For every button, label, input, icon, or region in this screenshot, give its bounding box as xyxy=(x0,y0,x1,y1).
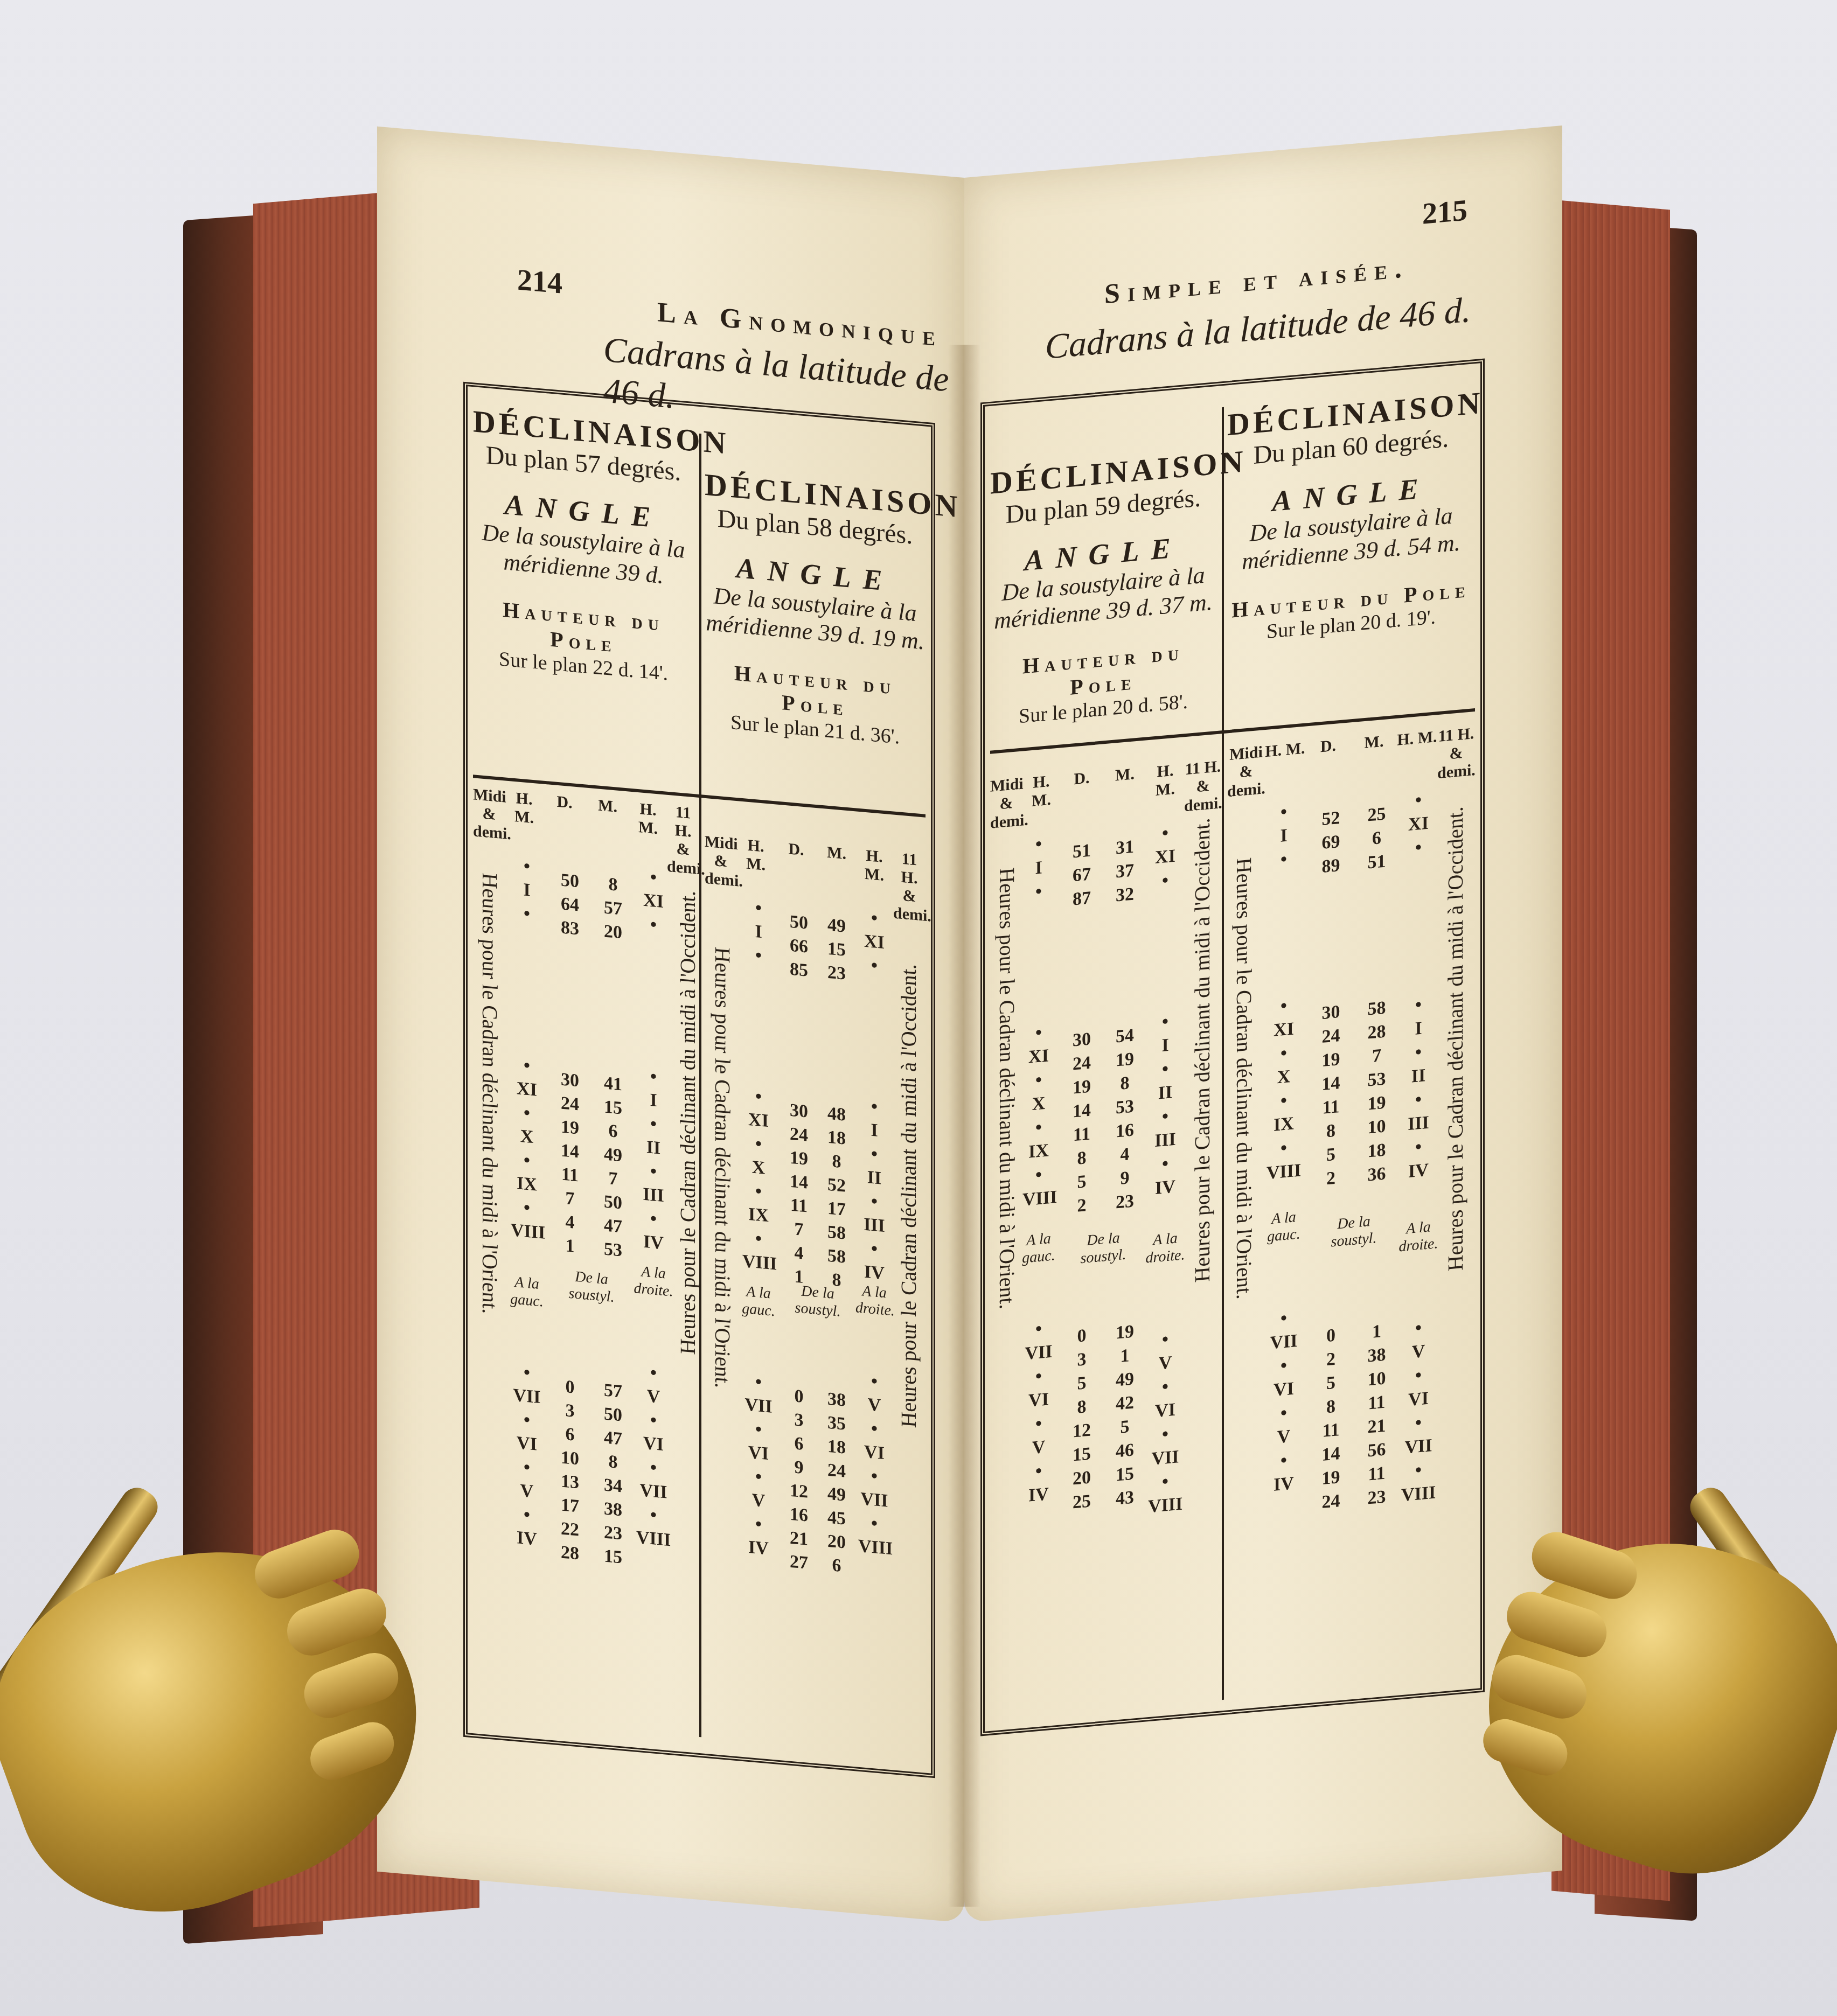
column-headers-58: Midi & demi. H. M. D. M. H. M. 11 H. & d… xyxy=(705,833,926,925)
hour-column: • I • xyxy=(1022,831,1055,905)
hour-column: • V • VI • VII • VIII xyxy=(635,1359,672,1552)
degrees-column: 0 3 6 10 13 17 22 28 xyxy=(548,1373,592,1567)
hour-column: • I • xyxy=(511,853,543,927)
hour-column: • V • VI • VII • VIII xyxy=(1146,1326,1184,1519)
hour-column: • I • II • III • IV xyxy=(1400,992,1437,1184)
side-label-occident: Heures pour le Cadran déclinant du midi … xyxy=(1443,806,1468,1272)
finger xyxy=(297,1646,405,1725)
sundial-table-right: DÉCLINAISON Du plan 59 degrés. ANGLE De … xyxy=(980,358,1485,1736)
minutes-column: 8 57 20 xyxy=(592,871,635,946)
hour-column: • XI • xyxy=(635,864,672,938)
hour-column: • I • II • III • IV xyxy=(1146,1008,1184,1201)
degrees-column: 0 3 5 8 12 15 20 25 xyxy=(1060,1322,1103,1516)
minutes-column: 54 19 8 53 16 4 9 23 xyxy=(1103,1022,1146,1216)
sub-label: A la droite. xyxy=(1144,1229,1187,1267)
side-label-occident: Heures pour le Cadran déclinant du midi … xyxy=(675,889,700,1355)
hour-column: • VII • VI • V • IV xyxy=(511,1359,543,1552)
folio-right: 215 xyxy=(1422,193,1467,231)
column-headers-59: Midi & demi. H. M. D. M. H. M. 11 H. & d… xyxy=(990,757,1222,833)
degrees-column: 0 3 6 9 12 16 21 27 xyxy=(780,1383,818,1576)
degrees-column: 30 24 19 14 11 7 4 1 xyxy=(780,1098,818,1290)
degrees-column: 30 24 19 14 11 8 5 2 xyxy=(1060,1026,1103,1219)
finger xyxy=(304,1716,400,1786)
finger xyxy=(1500,1586,1613,1663)
sub-label: A la gauc. xyxy=(1262,1208,1305,1246)
folio-left: 214 xyxy=(517,262,562,301)
side-label-orient: Heures pour le Cadran déclinant du midi … xyxy=(1231,856,1257,1300)
table-header-59: DÉCLINAISON Du plan 59 degrés. ANGLE De … xyxy=(990,445,1216,731)
sub-label: De la soustyl. xyxy=(783,1281,853,1322)
degrees-column: 30 24 19 14 11 8 5 2 xyxy=(1308,999,1354,1192)
hour-column: • XI • X • IX • VIII xyxy=(742,1084,775,1276)
sub-label: A la gauc. xyxy=(740,1283,777,1321)
hour-column: • I • xyxy=(1265,799,1303,873)
side-label-occident: Heures pour le Cadran déclinant du midi … xyxy=(896,962,921,1428)
hour-column: • XI • xyxy=(858,905,890,979)
hour-column: • VII • VI • V • IV xyxy=(1265,1305,1303,1498)
finger xyxy=(280,1582,393,1663)
minutes-column: 48 18 8 52 17 58 58 8 xyxy=(818,1101,855,1294)
degrees-column: 51 67 87 xyxy=(1060,838,1103,912)
minutes-column: 19 1 49 42 5 46 15 43 xyxy=(1103,1319,1146,1512)
hour-column: • XI • X • IX • VIII xyxy=(511,1052,543,1245)
book-gutter xyxy=(948,345,980,1907)
sub-label: A la gauc. xyxy=(1017,1229,1060,1267)
right-page: Simple et aisée. 215 Cadrans à la latitu… xyxy=(964,125,1562,1923)
degrees-column: 30 24 19 14 11 7 4 1 xyxy=(548,1066,592,1260)
table-header-57: DÉCLINAISON Du plan 57 degrés. ANGLE De … xyxy=(473,403,694,688)
side-label-occident: Heures pour le Cadran déclinant du midi … xyxy=(1189,817,1215,1283)
sub-label: A la gauc. xyxy=(505,1273,548,1311)
hour-column: • I • xyxy=(742,895,775,969)
hour-column: • VII • VI • V • IV xyxy=(742,1369,775,1561)
sub-label: De la soustyl. xyxy=(1066,1227,1141,1268)
degrees-column: 0 2 5 8 11 14 19 24 xyxy=(1308,1322,1354,1516)
minutes-column: 31 37 32 xyxy=(1103,834,1146,909)
hour-column: • I • II • III • IV xyxy=(635,1063,672,1256)
table-header-60: DÉCLINAISON Du plan 60 degrés. ANGLE De … xyxy=(1227,385,1475,647)
finger xyxy=(1486,1649,1593,1725)
hour-column: • XI • xyxy=(1146,820,1184,894)
minutes-column: 58 28 7 53 19 10 18 36 xyxy=(1354,995,1400,1188)
hour-column: • XI • xyxy=(1400,787,1437,861)
degrees-column: 50 64 83 xyxy=(548,867,592,942)
sub-label: De la soustyl. xyxy=(1313,1211,1394,1252)
sub-label: De la soustyl. xyxy=(554,1266,629,1307)
table-divider xyxy=(1222,407,1224,1700)
minutes-column: 1 38 10 11 21 56 11 23 xyxy=(1354,1318,1400,1511)
hour-column: • I • II • III • IV xyxy=(858,1094,890,1286)
minutes-column: 25 6 51 xyxy=(1354,801,1400,876)
column-headers-57: Midi & demi. H. M. D. M. H. M. 11 H. & d… xyxy=(473,785,699,878)
table-header-58: DÉCLINAISON Du plan 58 degrés. ANGLE De … xyxy=(705,466,926,751)
hour-column: • VII • VI • V • IV xyxy=(1022,1316,1055,1508)
minutes-column: 49 15 23 xyxy=(818,912,855,987)
side-label-orient: Heures pour le Cadran déclinant du midi … xyxy=(477,872,503,1315)
sub-label: A la droite. xyxy=(855,1282,893,1320)
hour-column: • V • VI • VII • VIII xyxy=(1400,1315,1437,1508)
sundial-table-left: DÉCLINAISON Du plan 57 degrés. ANGLE De … xyxy=(463,382,935,1778)
side-label-orient: Heures pour le Cadran déclinant du midi … xyxy=(994,867,1020,1310)
hour-column: • XI • X • IX • VIII xyxy=(1022,1020,1055,1212)
degrees-column: 50 66 85 xyxy=(780,909,818,983)
minutes-column: 57 50 47 8 34 38 23 15 xyxy=(592,1377,635,1571)
side-label-orient: Heures pour le Cadran déclinant du midi … xyxy=(710,946,735,1390)
minutes-column: 41 15 6 49 7 50 47 53 xyxy=(592,1070,635,1264)
sub-label: A la droite. xyxy=(1397,1218,1440,1256)
sub-label: A la droite. xyxy=(632,1262,675,1301)
minutes-column: 38 35 18 24 49 45 20 6 xyxy=(818,1386,855,1579)
left-page: 214 La Gnomonique Cadrans à la latitude … xyxy=(377,127,964,1923)
degrees-column: 52 69 89 xyxy=(1308,805,1354,880)
column-headers-60: Midi & demi. H. M. D. M. H. M. 11 H. & d… xyxy=(1227,724,1475,801)
hour-column: • XI • X • IX • VIII xyxy=(1265,993,1303,1185)
hour-column: • V • VI • VII • VIII xyxy=(858,1369,890,1561)
